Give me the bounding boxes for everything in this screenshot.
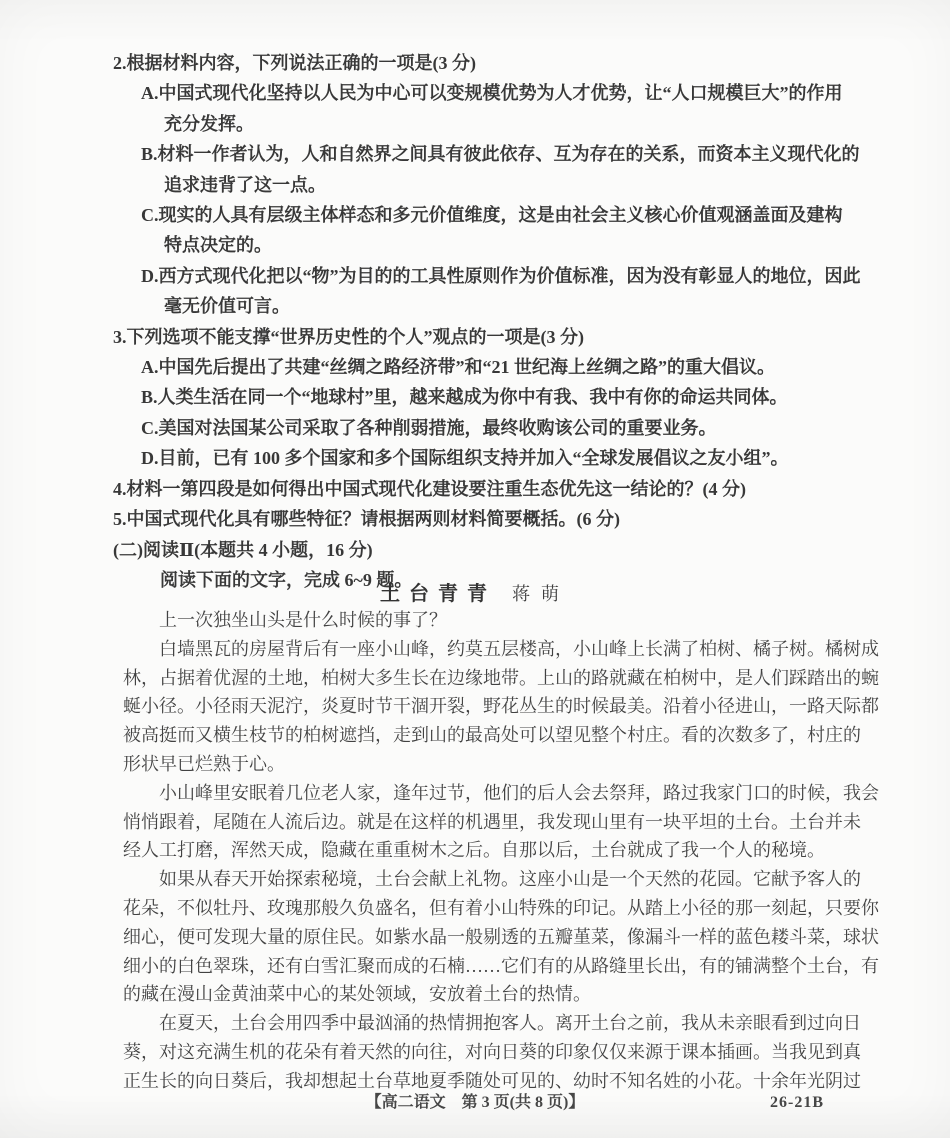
question-line: D.西方式现代化把以“物”为目的的工具性原则作为价值标准，因为没有彰显人的地位，… [0,261,910,291]
passage-line: 上一次独坐山头是什么时候的事了？ [0,606,950,635]
passage-author: 蒋萌 [512,584,570,604]
question-line: B.材料一作者认为，人和自然界之间具有彼此依存、互为存在的关系，而资本主义现代化… [0,139,910,169]
passage-line: 形状早已烂熟于心。 [0,750,950,779]
question-line: 5.中国式现代化具有哪些特征？请根据两则材料简要概括。(6 分) [0,504,910,534]
question-line: A.中国先后提出了共建“丝绸之路经济带”和“21 世纪海上丝绸之路”的重大倡议。 [0,352,910,382]
passage-line: 蜒小径。小径雨天泥泞，炎夏时节干涸开裂，野花丛生的时候最美。沿着小径进山，一路天… [0,692,950,721]
passage-line: 葵，对这充满生机的花朵有着天然的向往，对向日葵的印象仅仅来源于课本插画。当我见到… [0,1038,950,1067]
passage-line: 被高挺而又横生枝节的柏树遮挡，走到山的最高处可以望见整个村庄。看的次数多了，村庄… [0,721,950,750]
passage-title: 土台青青 [380,583,496,605]
question-line: C.美国对法国某公司采取了各种削弱措施，最终收购该公司的重要业务。 [0,413,910,443]
passage-line: 在夏天，土台会用四季中最汹涌的热情拥抱客人。离开土台之前，我从未亲眼看到过向日 [0,1009,950,1038]
exam-page: 2.根据材料内容，下列说法正确的一项是(3 分)A.中国式现代化坚持以人民为中心… [0,0,950,1138]
passage-line: 白墙黑瓦的房屋背后有一座小山峰，约莫五层楼高，小山峰上长满了柏树、橘子树。橘树成 [0,635,950,664]
passage-line: 林，占据着优渥的土地，柏树大多生长在边缘地带。上山的路就藏在柏树中，是人们踩踏出… [0,664,950,693]
question-line: 追求违背了这一点。 [0,170,910,200]
question-line: 毫无价值可言。 [0,291,910,321]
question-line: 2.根据材料内容，下列说法正确的一项是(3 分) [0,48,910,78]
footer-paper-code: 26-21B [770,1092,824,1114]
passage-line: 小山峰里安眠着几位老人家，逢年过节，他们的后人会去祭拜，路过我家门口的时候，我会 [0,779,950,808]
question-line: D.目前，已有 100 多个国家和多个国际组织支持并加入“全球发展倡议之友小组”… [0,443,910,473]
passage-line: 花朵，不似牡丹、玫瑰那般久负盛名，但有着小山特殊的印记。从踏上小径的那一刻起，只… [0,894,950,923]
question-line: A.中国式现代化坚持以人民为中心可以变规模优势为人才优势，让“人口规模巨大”的作… [0,78,910,108]
question-line: (二)阅读Ⅱ(本题共 4 小题，16 分) [0,535,910,565]
question-line: B.人类生活在同一个“地球村”里，越来越成为你中有我、我中有你的命运共同体。 [0,382,910,412]
passage-title-row: 土台青青蒋萌 [0,581,950,609]
question-line: 充分发挥。 [0,109,910,139]
passage-line: 的藏在漫山金黄油菜中心的某处领域，安放着土台的热情。 [0,980,950,1009]
passage-line: 如果从春天开始探索秘境，土台会献上礼物。这座小山是一个天然的花园。它献予客人的 [0,865,950,894]
passage-line: 细小的白色翠珠，还有白雪汇聚而成的石楠……它们有的从路缝里长出，有的铺满整个土台… [0,952,950,981]
page-footer: 【高二语文 第 3 页(共 8 页)】 26-21B [0,1092,950,1114]
passage-line: 悄悄跟着，尾随在人流后边。就是在这样的机遇里，我发现山里有一块平坦的土台。土台并… [0,808,950,837]
question-line: 4.材料一第四段是如何得出中国式现代化建设要注重生态优先这一结论的？(4 分) [0,474,910,504]
questions-block: 2.根据材料内容，下列说法正确的一项是(3 分)A.中国式现代化坚持以人民为中心… [0,48,910,595]
question-line: C.现实的人具有层级主体样态和多元价值维度，这是由社会主义核心价值观涵盖面及建构 [0,200,910,230]
question-line: 特点决定的。 [0,230,910,260]
passage-line: 细心，便可发现大量的原住民。如紫水晶一般剔透的五瓣堇菜，像漏斗一样的蓝色耧斗菜，… [0,923,950,952]
passage-block: 上一次独坐山头是什么时候的事了？白墙黑瓦的房屋背后有一座小山峰，约莫五层楼高，小… [0,606,950,1096]
question-line: 3.下列选项不能支撑“世界历史性的个人”观点的一项是(3 分) [0,322,910,352]
passage-line: 经人工打磨，浑然天成，隐藏在重重树木之后。自那以后，土台就成了我一个人的秘境。 [0,836,950,865]
